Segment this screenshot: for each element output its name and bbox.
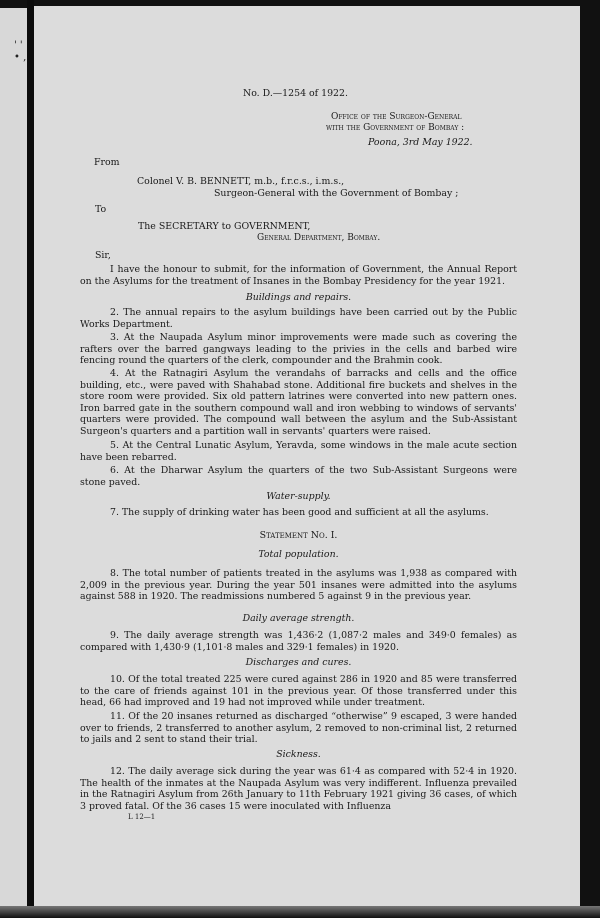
paragraph-5: 5. At the Central Lunatic Asylum, Yeravd… xyxy=(80,440,517,463)
to-department: General Department, Bombay. xyxy=(257,233,380,245)
paragraph-11: 11. Of the 20 insanes returned as discha… xyxy=(80,711,517,746)
statement-heading: Statement No. I. xyxy=(80,530,517,541)
edge-mark: ' ' xyxy=(14,40,23,51)
intro-paragraph: I have the honour to submit, for the inf… xyxy=(80,264,517,287)
adjacent-page-strip: ' ' • , xyxy=(0,8,27,908)
place-date: Poona, 3rd May 1922. xyxy=(368,137,473,149)
paragraph-3: 3. At the Naupada Asylum minor improveme… xyxy=(80,332,517,367)
document-number: No. D.—1254 of 1922. xyxy=(243,88,348,100)
to-label: To xyxy=(95,204,106,216)
paragraph-8: 8. The total number of patients treated … xyxy=(80,568,517,603)
heading-total-population: Total population. xyxy=(80,549,517,560)
binding-gutter xyxy=(27,0,34,918)
paragraph-12: 12. The daily average sick during the ye… xyxy=(80,766,517,812)
paragraph-6: 6. At the Dharwar Asylum the quarters of… xyxy=(80,465,517,488)
heading-buildings: Buildings and repairs. xyxy=(80,292,517,303)
heading-discharges: Discharges and cures. xyxy=(80,657,517,668)
paragraph-4: 4. At the Ratnagiri Asylum the verandahs… xyxy=(80,368,517,438)
heading-water-supply: Water-supply. xyxy=(80,491,517,502)
from-label: From xyxy=(94,157,120,169)
heading-daily-average: Daily average strength. xyxy=(80,613,517,624)
edge-mark: • , xyxy=(14,52,26,63)
from-name: Colonel V. B. BENNETT, m.b., f.r.c.s., i… xyxy=(137,176,344,188)
paragraph-2: 2. The annual repairs to the asylum buil… xyxy=(80,307,517,330)
paragraph-10: 10. Of the total treated 225 were cured … xyxy=(80,674,517,709)
office-line-1: Office of the Surgeon-General xyxy=(331,112,461,124)
to-name: The SECRETARY to GOVERNMENT, xyxy=(138,221,310,233)
office-line-2: with the Government of Bombay : xyxy=(326,123,464,135)
scan-bottom-edge xyxy=(0,906,600,918)
salutation: Sir, xyxy=(95,250,111,262)
paragraph-9: 9. The daily average strength was 1,436·… xyxy=(80,630,517,653)
footer-mark: L 12—1 xyxy=(128,812,155,824)
heading-sickness: Sickness. xyxy=(80,749,517,760)
from-title: Surgeon-General with the Government of B… xyxy=(214,188,458,200)
paragraph-7: 7. The supply of drinking water has been… xyxy=(80,507,517,519)
